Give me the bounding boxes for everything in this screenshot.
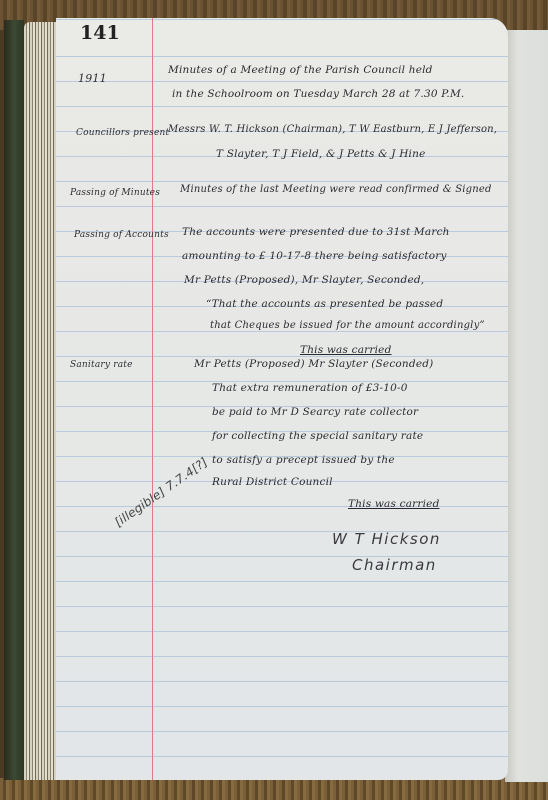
sanitary-line-5: to satisfy a precept issued by the <box>212 454 395 466</box>
sanitary-line-4: for collecting the special sanitary rate <box>212 430 423 442</box>
signature-title: Chairman <box>352 556 437 574</box>
councillors-line-1: Messrs W. T. Hickson (Chairman), T W Eas… <box>168 124 497 135</box>
year: 1911 <box>78 72 107 85</box>
ledger-page: 141 1911 Minutes of a Meeting of the Par… <box>56 18 508 780</box>
sanitary-line-2: That extra remuneration of £3-10-0 <box>212 382 408 394</box>
minutes-title-line-1: Minutes of a Meeting of the Parish Counc… <box>168 64 433 76</box>
section-label-accounts: Passing of Accounts <box>74 230 169 240</box>
sanitary-line-3: be paid to Mr D Searcy rate collector <box>212 406 418 418</box>
wood-surface-bottom <box>0 778 548 800</box>
section-label-minutes: Passing of Minutes <box>70 188 160 198</box>
accounts-line-4: “That the accounts as presented be passe… <box>206 298 443 310</box>
signature-name: W T Hickson <box>332 530 441 548</box>
accounts-line-5: that Cheques be issued for the amount ac… <box>210 320 485 331</box>
accounts-line-2: amounting to £ 10-17-8 there being satis… <box>182 250 447 262</box>
sanitary-line-1: Mr Petts (Proposed) Mr Slayter (Seconded… <box>194 358 433 370</box>
sanitary-result: This was carried <box>348 498 440 510</box>
minutes-line-1: Minutes of the last Meeting were read co… <box>180 184 492 195</box>
councillors-line-2: T Slayter, T J Field, & J Petts & J Hine <box>216 148 425 160</box>
accounts-result: This was carried <box>300 344 392 356</box>
minutes-title-line-2: in the Schoolroom on Tuesday March 28 at… <box>172 88 464 100</box>
sanitary-line-6: Rural District Council <box>212 476 333 488</box>
book-spine <box>4 20 24 780</box>
page-number: 141 <box>80 22 120 44</box>
accounts-line-3: Mr Petts (Proposed), Mr Slayter, Seconde… <box>184 274 424 286</box>
facing-page-edge <box>505 30 548 782</box>
section-label-sanitary: Sanitary rate <box>70 360 133 370</box>
accounts-line-1: The accounts were presented due to 31st … <box>182 226 450 238</box>
page-edges <box>24 22 58 780</box>
section-label-councillors: Councillors present <box>76 128 169 138</box>
